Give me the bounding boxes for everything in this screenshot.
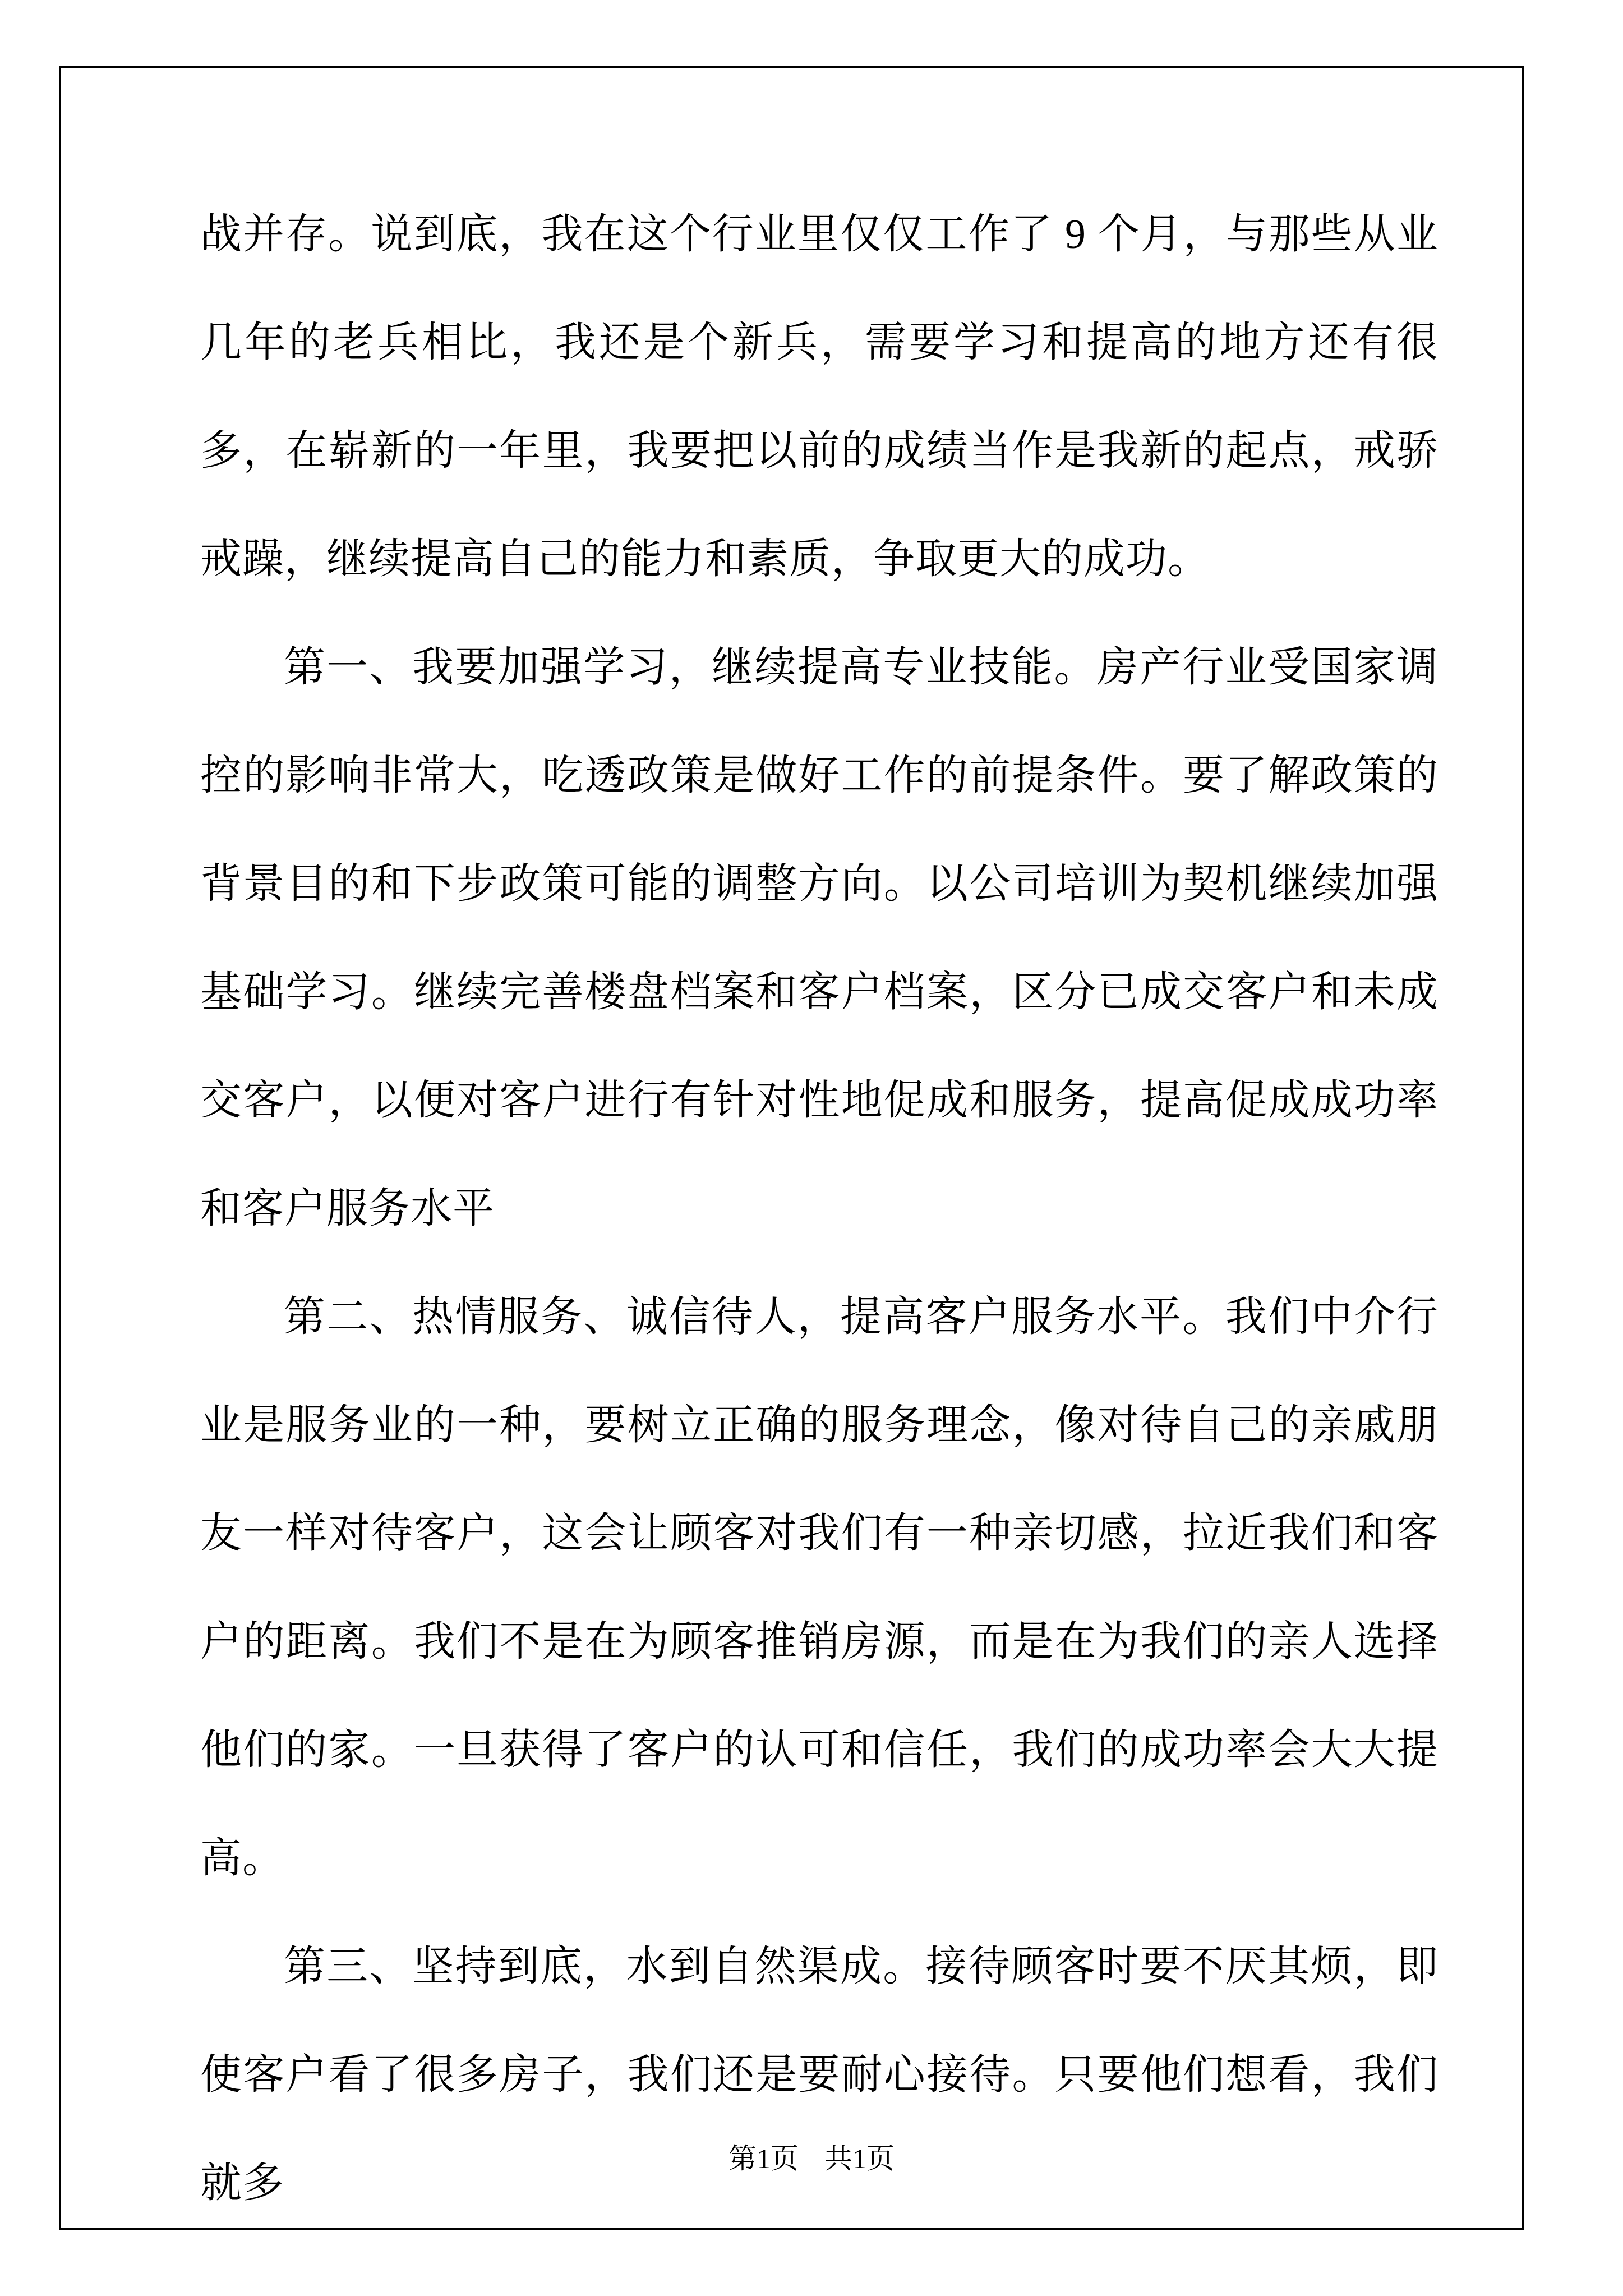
paragraph-second-point: 第二、热情服务、诚信待人，提高客户服务水平。我们中介行业是服务业的一种，要树立正… [200,1263,1438,1913]
paragraph-continuation: 战并存。说到底，我在这个行业里仅仅工作了 9 个月，与那些从业几年的老兵相比，我… [200,181,1438,614]
page-number-label: 第1页 [728,2138,799,2179]
document-page: 战并存。说到底，我在这个行业里仅仅工作了 9 个月，与那些从业几年的老兵相比，我… [0,0,1623,2296]
paragraph-first-point: 第一、我要加强学习，继续提高专业技能。房产行业受国家调控的影响非常大，吃透政策是… [200,614,1438,1263]
document-body: 战并存。说到底，我在这个行业里仅仅工作了 9 个月，与那些从业几年的老兵相比，我… [200,181,1438,2238]
page-footer: 第1页 共1页 [0,2138,1623,2179]
paragraph-third-point: 第三、坚持到底，水到自然渠成。接待顾客时要不厌其烦，即使客户看了很多房子，我们还… [200,1913,1438,2238]
page-total-label: 共1页 [824,2138,895,2179]
